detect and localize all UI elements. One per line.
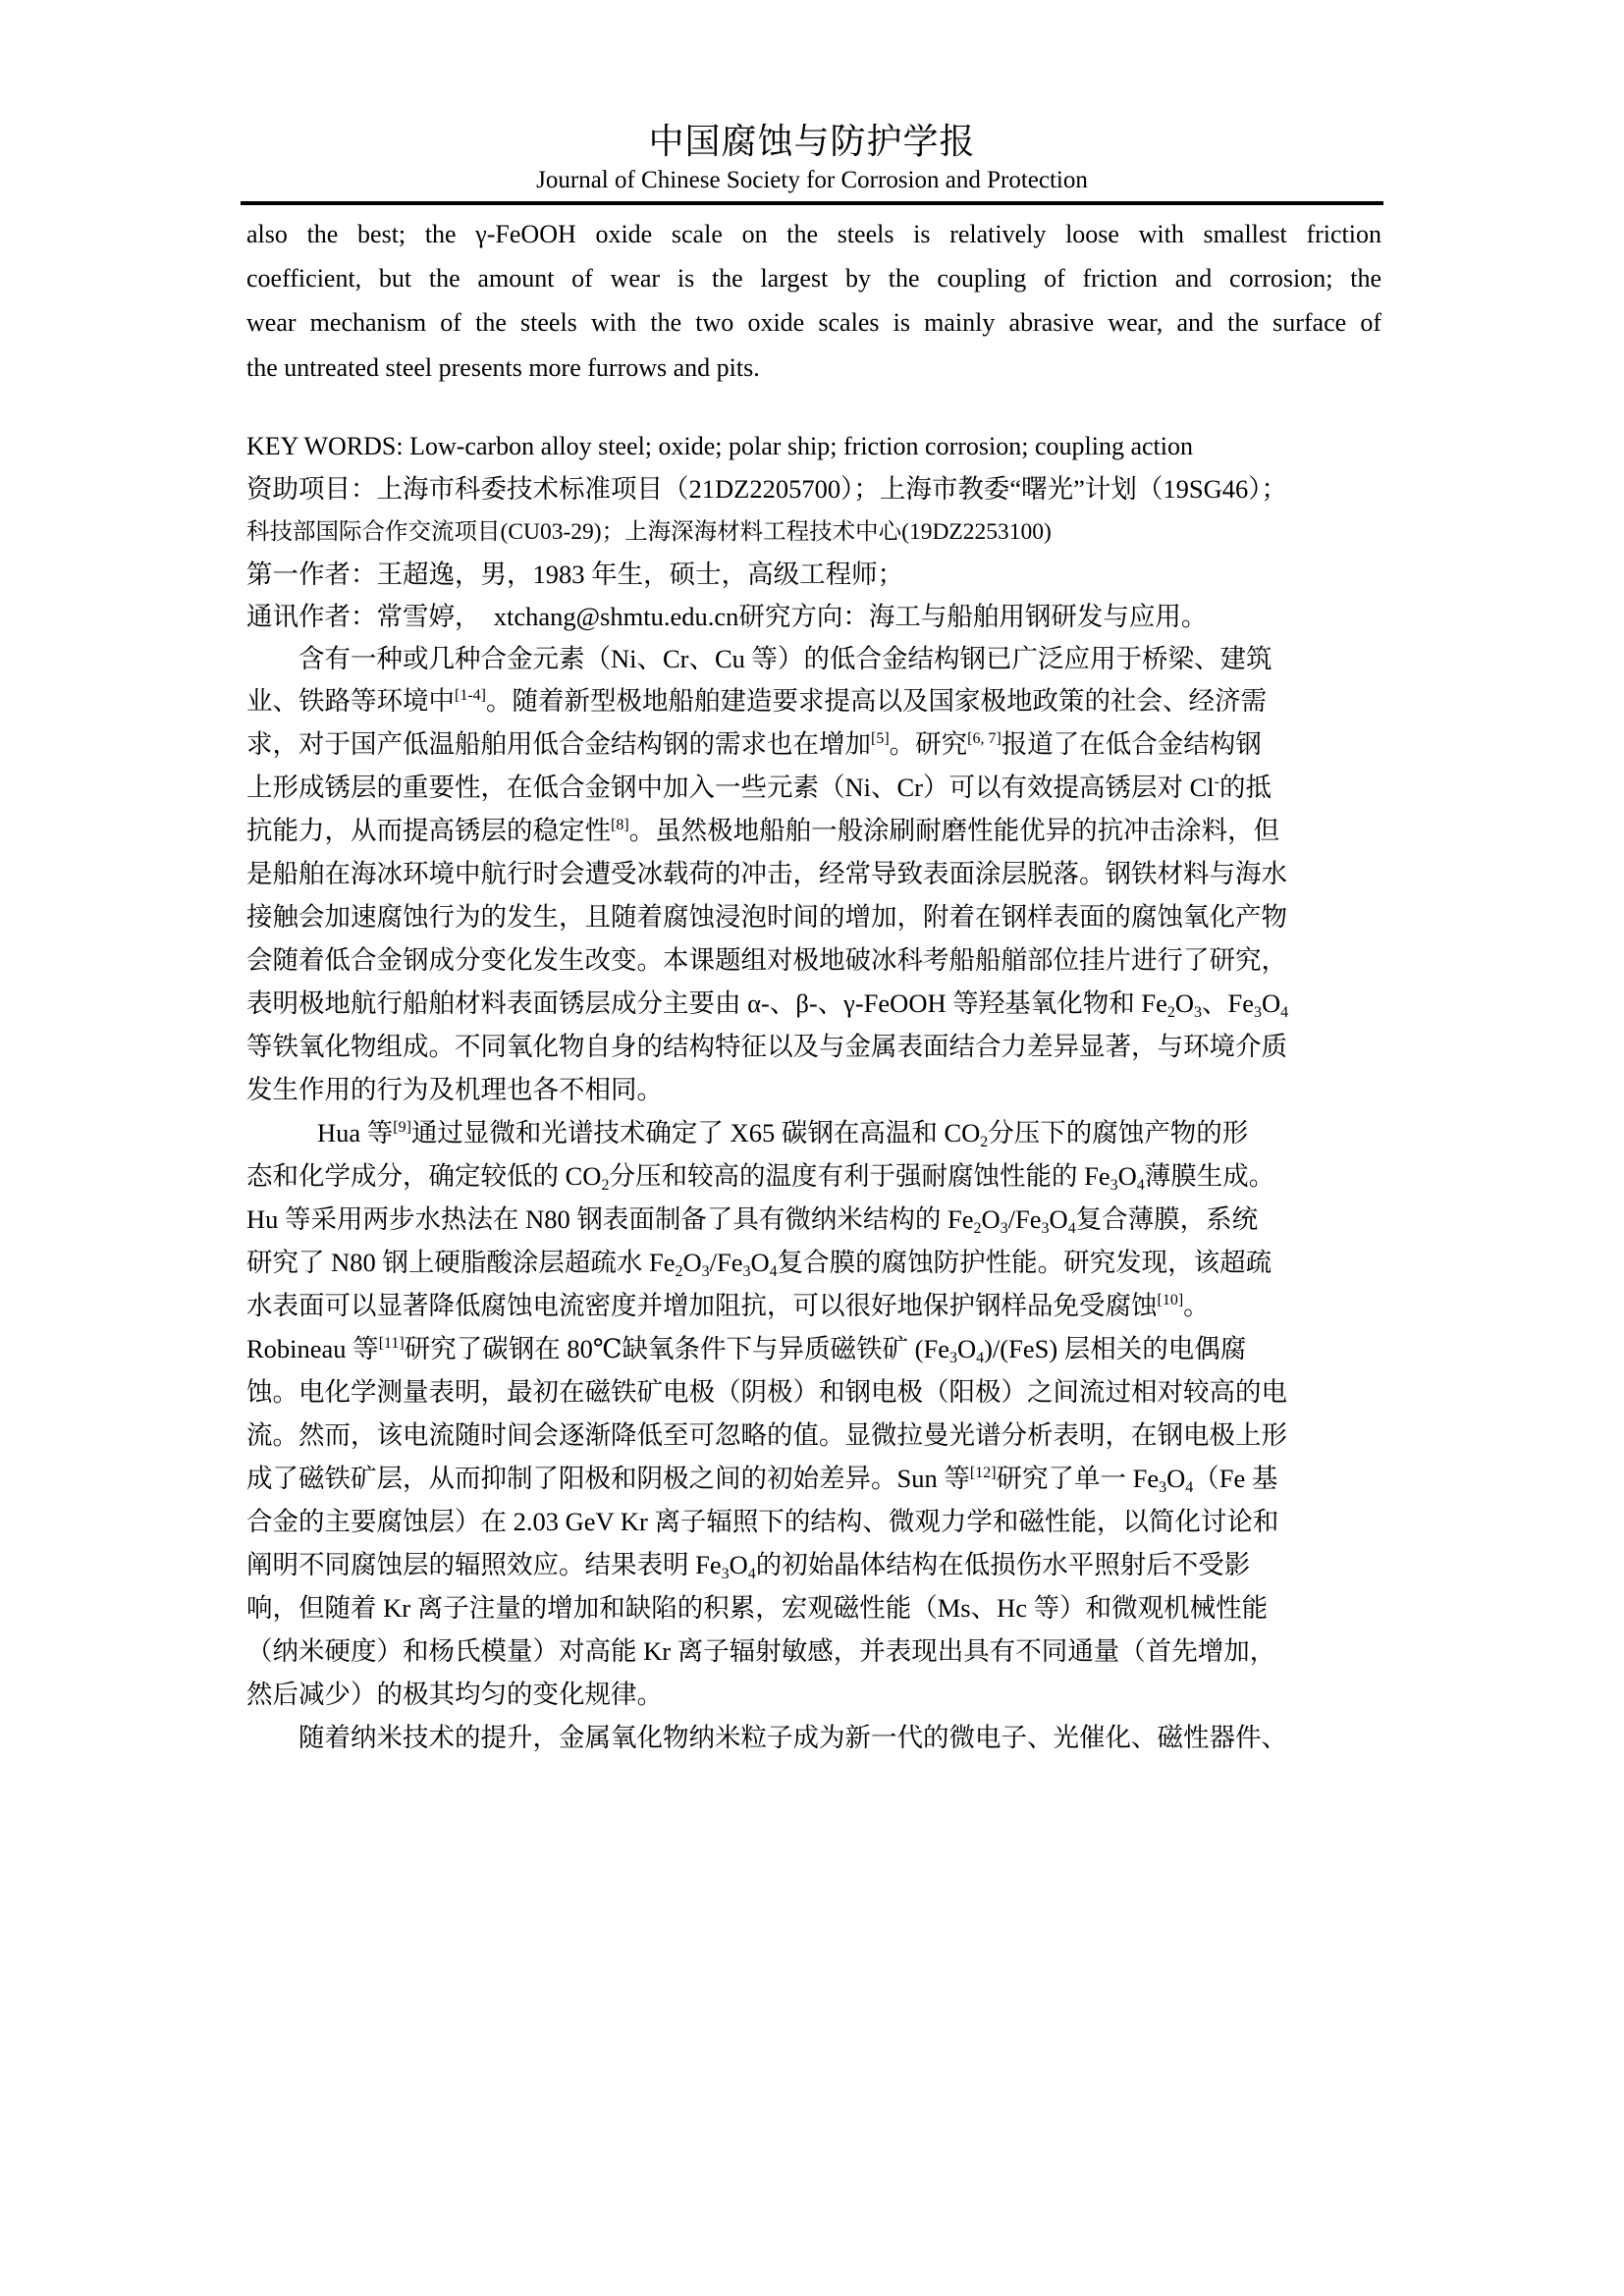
paragraph-line: 蚀。电化学测量表明，最初在磁铁矿电极（阴极）和钢电极（阳极）之间流过相对较高的电 bbox=[246, 1375, 1287, 1409]
paragraph-line: 等铁氧化物组成。不同氧化物自身的结构特征以及与金属表面结合力差异显著，与环境介质 bbox=[246, 1030, 1287, 1063]
corresponding-author: 通讯作者：常雪婷， xtchang@shmtu.edu.cn研究方向：海工与船舶… bbox=[246, 600, 1207, 633]
funding-line-2: 科技部国际合作交流项目(CU03-29)；上海深海材料工程技术中心(19DZ22… bbox=[246, 515, 1052, 549]
abstract-line: wear mechanism of the steels with the tw… bbox=[246, 306, 1381, 340]
paragraph-line: 是船舶在海冰环境中航行时会遭受冰载荷的冲击，经常导致表面涂层脱落。钢铁材料与海水 bbox=[246, 857, 1287, 890]
paragraph-line: 求，对于国产低温船舶用低合金结构钢的需求也在增加[5]。研究[6, 7]报道了在… bbox=[246, 727, 1262, 761]
paragraph-line: 发生作用的行为及机理也各不相同。 bbox=[246, 1073, 663, 1106]
paragraph-line: 业、铁路等环境中[1-4]。随着新型极地船舶建造要求提高以及国家极地政策的社会、… bbox=[246, 684, 1267, 718]
abstract-line: coefficient, but the amount of wear is t… bbox=[246, 262, 1381, 295]
paragraph-line: 流。然而，该电流随时间会逐渐降低至可忽略的值。显微拉曼光谱分析表明，在钢电极上形 bbox=[246, 1418, 1287, 1452]
citation: [1-4] bbox=[455, 687, 486, 704]
paragraph-line: 响，但随着 Kr 离子注量的增加和缺陷的积累，宏观磁性能（Ms、Hc 等）和微观… bbox=[246, 1591, 1268, 1625]
citation: [10] bbox=[1158, 1292, 1184, 1308]
paragraph-line: 成了磁铁矿层，从而抑制了阳极和阴极之间的初始差异。Sun 等[12]研究了单一 … bbox=[246, 1462, 1277, 1495]
journal-title-cn: 中国腐蚀与防护学报 bbox=[0, 114, 1624, 164]
paragraph-line: 含有一种或几种合金元素（Ni、Cr、Cu 等）的低合金结构钢已广泛应用于桥梁、建… bbox=[298, 642, 1272, 675]
research-direction: 研究方向：海工与船舶用钢研发与应用。 bbox=[738, 602, 1207, 631]
paragraph-line: 表明极地航行船舶材料表面锈层成分主要由 α-、β-、γ-FeOOH 等羟基氧化物… bbox=[246, 987, 1288, 1020]
paragraph-line: 会随着低合金钢成分变化发生改变。本课题组对极地破冰科考船船艏部位挂片进行了研究， bbox=[246, 943, 1287, 977]
citation: [5] bbox=[871, 730, 890, 747]
paragraph-line: 抗能力，从而提高锈层的稳定性[8]。虽然极地船舶一般涂刷耐磨性能优异的抗冲击涂料… bbox=[246, 814, 1279, 847]
funding-line-1: 资助项目：上海市科委技术标准项目（21DZ2205700）；上海市教委“曙光”计… bbox=[246, 472, 1287, 506]
paragraph-line: 合金的主要腐蚀层）在 2.03 GeV Kr 离子辐照下的结构、微观力学和磁性能… bbox=[246, 1505, 1278, 1538]
paragraph-line: Robineau 等[11]研究了碳钢在 80℃缺氧条件下与异质磁铁矿 (Fe3… bbox=[246, 1332, 1246, 1365]
paragraph-line: 上形成锈层的重要性，在低合金钢中加入一些元素（Ni、Cr）可以有效提高锈层对 C… bbox=[246, 771, 1272, 804]
paragraph-line: 随着纳米技术的提升，金属氧化物纳米粒子成为新一代的微电子、光催化、磁性器件、 bbox=[298, 1721, 1287, 1754]
citation: [8] bbox=[611, 817, 629, 833]
paragraph-line: （纳米硬度）和杨氏模量）对高能 Kr 离子辐射敏感，并表现出具有不同通量（首先增… bbox=[246, 1634, 1275, 1668]
paragraph-line: 研究了 N80 钢上硬脂酸涂层超疏水 Fe2O3/Fe3O4复合膜的腐蚀防护性能… bbox=[246, 1246, 1272, 1279]
author-email: xtchang@shmtu.edu.cn bbox=[494, 602, 739, 631]
paragraph-line: 阐明不同腐蚀层的辐照效应。结果表明 Fe3O4的初始晶体结构在低损伤水平照射后不… bbox=[246, 1548, 1250, 1581]
citation: [12] bbox=[970, 1465, 997, 1481]
citation: [11] bbox=[379, 1335, 405, 1352]
corresponding-author-label: 通讯作者：常雪婷， bbox=[246, 602, 481, 631]
abstract-line: the untreated steel presents more furrow… bbox=[246, 351, 760, 385]
journal-title-en: Journal of Chinese Society for Corrosion… bbox=[0, 167, 1624, 194]
paragraph-line: Hu 等采用两步水热法在 N80 钢表面制备了具有微纳米结构的 Fe2O3/Fe… bbox=[246, 1202, 1258, 1236]
paragraph-line: Hua 等[9]通过显微和光谱技术确定了 X65 碳钢在高温和 CO2分压下的腐… bbox=[317, 1116, 1248, 1149]
paragraph-line: 接触会加速腐蚀行为的发生，且随着腐蚀浸泡时间的增加，附着在钢样表面的腐蚀氧化产物 bbox=[246, 900, 1287, 934]
first-author: 第一作者：王超逸，男，1983 年生，硕士，高级工程师； bbox=[246, 558, 903, 591]
paragraph-line: 然后减少）的极其均匀的变化规律。 bbox=[246, 1678, 663, 1711]
paragraph-line: 态和化学成分，确定较低的 CO2分压和较高的温度有利于强耐腐蚀性能的 Fe3O4… bbox=[246, 1159, 1274, 1193]
citation: [9] bbox=[393, 1119, 411, 1136]
citation: [6, 7] bbox=[967, 730, 1001, 747]
abstract-line: also the best; the γ-FeOOH oxide scale o… bbox=[246, 218, 1381, 251]
header-rule bbox=[241, 201, 1383, 205]
keywords: KEY WORDS: Low-carbon alloy steel; oxide… bbox=[246, 430, 1193, 463]
paragraph-line: 水表面可以显著降低腐蚀电流密度并增加阻抗，可以很好地保护钢样品免受腐蚀[10]。 bbox=[246, 1289, 1210, 1322]
